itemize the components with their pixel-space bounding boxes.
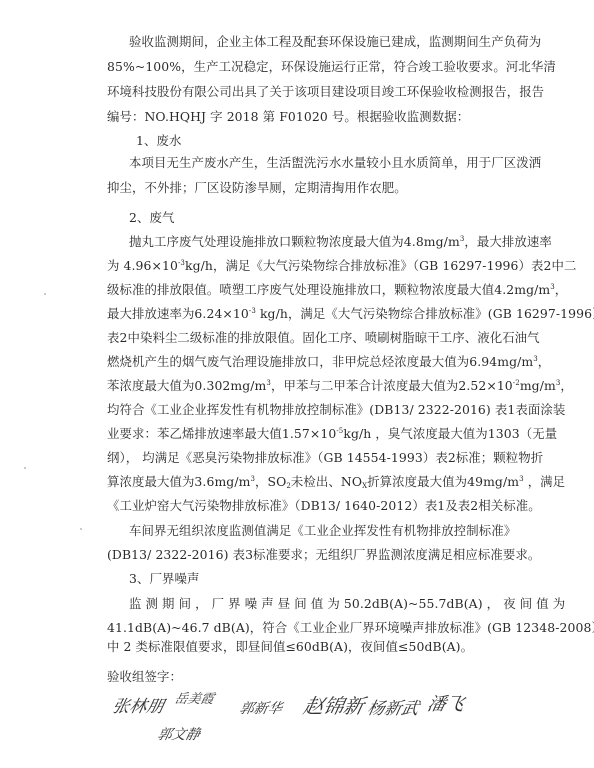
exhaust-line-5: 表2中染料尘二级标准的排放限值。固化工序、喷刷树脂晾干工序、液化石油气 [107,330,499,346]
exhaust-line-3: 级标准的排放限值。喷塑工序废气处理设施排放口，颗粒物浓度最大值4.2mg/m3， [107,282,499,298]
section-heading-wastewater: 1、废水 [136,133,528,149]
exhaust-line-4: 最大排放速率为6.24×10-3 kg/h，满足《大气污染物综合排放标准》(GB… [107,306,499,322]
exhaust-line-11: 算浓度最大值为3.6mg/m3，SO2未检出、NOX折算浓度最大值为49mg/m… [107,474,499,490]
signature-2: 岳美霞 [173,688,216,707]
scan-speck [44,293,46,295]
noise-line-1: 监 测 期 间 ， 厂 界 噪 声 昼 间 值 为 50.2dB(A)~55.7… [129,596,499,612]
signature-4: 赵锦新 [301,690,367,719]
noise-line-3: 中 2 类标准限值要求，即昼间值≤60dB(A)，夜间值≤50dB(A)。 [107,639,499,655]
wastewater-line-1: 本项目无生产废水产生，生活盥洗污水水量较小且水质简单，用于厂区泼洒 [129,155,499,171]
scan-speck [80,528,82,530]
scan-speck [24,467,26,469]
exhaust-line-9: 业要求：苯乙烯排放速率最大值1.57×10-5kg/h ，臭气浓度最大值为130… [107,426,499,442]
exhaust-line-1: 抛丸工序废气处理设施排放口颗粒物浓度最大值为4.8mg/m3，最大排放速率 [129,234,499,250]
intro-line-3: 环境科技股份有限公司出具了关于该项目建设项目竣工环保验收检测报告，报告 [107,84,499,100]
exhaust-line-12: 《工业炉窑大气污染物排放标准》（DB13/ 1640-2012）表1及表2相关标… [107,498,499,514]
document-page: 验收监测期间，企业主体工程及配套环保设施已建成，监测期间生产负荷为 85%~10… [0,0,594,768]
exhaust-line-14: (DB13/ 2322-2016) 表3标准要求；无组织厂界监测浓度满足相应标准… [107,547,499,563]
exhaust-line-8: 均符合《工业企业挥发性有机物排放控制标准》(DB13/ 2322-2016) 表… [107,402,499,418]
exhaust-line-7: 苯浓度最大值为0.302mg/m3，甲苯与二甲苯合计浓度最大值为2.52×10-… [107,378,499,394]
exhaust-line-13: 车间界无组织浓度监测值满足《工业企业挥发性有机物排放控制标准》 [129,523,499,539]
signature-1: 张林朋 [110,692,166,717]
section-heading-noise: 3、厂界噪声 [129,571,521,587]
section-heading-exhaust: 2、废气 [129,210,521,226]
intro-line-2: 85%~100%，生产工况稳定，环保设施运行正常，符合竣工验收要求。河北华清 [107,59,499,75]
exhaust-line-10: 纲）， 均满足《恶臭污染物排放标准》（GB 14554-1993）表2标准；颗粒… [107,450,499,466]
intro-line-4: 编号：NO.HQHJ 字 2018 第 F01020 号。根据验收监测数据： [107,109,499,125]
intro-line-1: 验收监测期间，企业主体工程及配套环保设施已建成，监测期间生产负荷为 [129,34,499,50]
signature-3: 郭新华 [238,698,284,718]
signature-label: 验收组签字： [107,669,499,685]
signature-6: 潘飞 [425,690,467,716]
signature-7: 郭文静 [156,724,202,744]
exhaust-line-6: 燃烧机产生的烟气废气治理设施排放口，非甲烷总烃浓度最大值为6.94mg/m3， [107,354,499,370]
wastewater-line-2: 抑尘，不外排；厂区设防渗旱厕，定期清掏用作农肥。 [107,180,499,196]
signature-5: 杨新武 [365,694,421,719]
exhaust-line-2: 为 4.96×10-3kg/h，满足《大气污染物综合排放标准》（GB 16297… [107,258,499,274]
noise-line-2: 41.1dB(A)~46.7 dB(A)，符合《工业企业厂界环境噪声排放标准》(… [107,620,499,636]
